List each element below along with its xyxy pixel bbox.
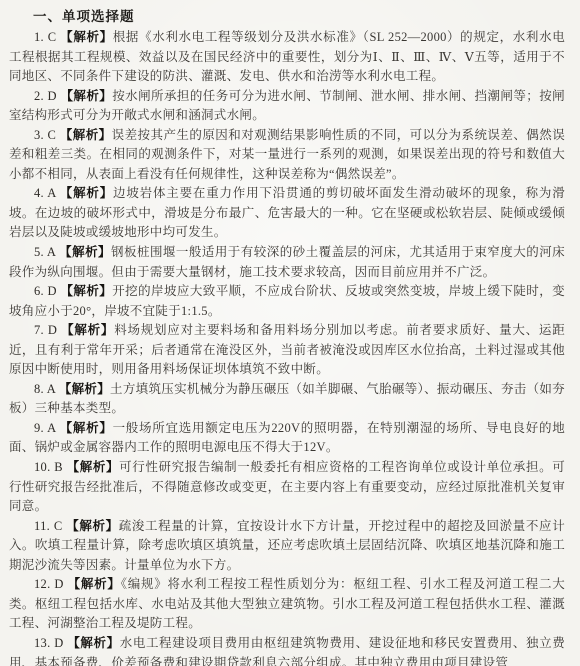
answer-item-8: 8. A 【解析】土方填筑压实机械分为静压碾压（如羊脚碾、气胎碾等）、振动碾压、… xyxy=(9,380,565,419)
question-number-answer: 1. C xyxy=(34,30,60,44)
answer-item-5: 5. A 【解析】钢板桩围堰一般适用于有较深的砂土覆盖层的河床，尤其适用于束窄度… xyxy=(9,243,565,282)
answer-item-9: 9. A 【解析】一般场所宜选用额定电压为220V的照明器，在特别潮湿的场所、导… xyxy=(9,419,565,458)
answer-item-11: 11. C 【解析】疏浚工程量的计算，宜按设计水下方计量，开挖过程中的超挖及回淤… xyxy=(9,517,565,576)
question-number-answer: 2. D xyxy=(34,89,60,103)
analysis-label: 【解析】 xyxy=(59,245,111,259)
analysis-label: 【解析】 xyxy=(60,89,112,103)
section-title: 一、单项选择题 xyxy=(33,7,565,27)
analysis-label: 【解析】 xyxy=(60,284,112,298)
analysis-label: 【解析】 xyxy=(59,382,110,396)
answer-item-6: 6. D 【解析】开挖的岸坡应大致平顺，不应成台阶状、反坡或突然变坡，岸坡上缓下… xyxy=(9,282,565,321)
answer-item-1: 1. C 【解析】根据《水利水电工程等级划分及洪水标准》（SL 252—2000… xyxy=(9,28,565,87)
question-number-answer: 4. A xyxy=(34,186,60,200)
answer-item-13: 13. D 【解析】水电工程建设项目费用由枢纽建筑物费用、建设征地和移民安置费用… xyxy=(9,634,565,666)
question-number-answer: 12. D xyxy=(34,577,68,591)
answer-item-10: 10. B 【解析】可行性研究报告编制一般委托有相应资格的工程咨询单位或设计单位… xyxy=(9,458,565,517)
scanned-answer-page: 一、单项选择题 1. C 【解析】根据《水利水电工程等级划分及洪水标准》（SL … xyxy=(0,0,580,666)
answer-item-4: 4. A 【解析】边坡岩体主要在重力作用下沿贯通的剪切破坏面发生滑动破坏的现象，… xyxy=(9,184,565,243)
answer-item-7: 7. D 【解析】料场规划应对主要料场和备用料场分别加以考虑。前者要求质好、量大… xyxy=(9,321,565,380)
question-number-answer: 8. A xyxy=(34,382,59,396)
answer-item-3: 3. C 【解析】误差按其产生的原因和对观测结果影响性质的不同，可以分为系统误差… xyxy=(9,126,565,185)
analysis-label: 【解析】 xyxy=(67,636,119,650)
question-number-answer: 7. D xyxy=(34,323,61,337)
answer-item-12: 12. D 【解析】《编规》将水利工程按工程性质划分为：枢纽工程、引水工程及河道… xyxy=(9,575,565,634)
analysis-label: 【解析】 xyxy=(61,323,114,337)
question-number-answer: 6. D xyxy=(34,284,60,298)
question-number-answer: 5. A xyxy=(34,245,59,259)
question-number-answer: 9. A xyxy=(34,421,60,435)
question-number-answer: 13. D xyxy=(34,636,67,650)
question-number-answer: 3. C xyxy=(34,128,60,142)
question-number-answer: 10. B xyxy=(34,460,67,474)
answer-item-2: 2. D 【解析】按水闸所承担的任务可分为进水闸、节制闸、泄水闸、排水闸、挡潮闸… xyxy=(9,87,565,126)
analysis-label: 【解析】 xyxy=(60,421,113,435)
analysis-label: 【解析】 xyxy=(60,186,113,200)
analysis-label: 【解析】 xyxy=(68,577,121,591)
analysis-label: 【解析】 xyxy=(60,30,113,44)
question-number-answer: 11. C xyxy=(34,519,66,533)
analysis-label: 【解析】 xyxy=(67,460,120,474)
analysis-label: 【解析】 xyxy=(66,519,119,533)
analysis-label: 【解析】 xyxy=(60,128,112,142)
